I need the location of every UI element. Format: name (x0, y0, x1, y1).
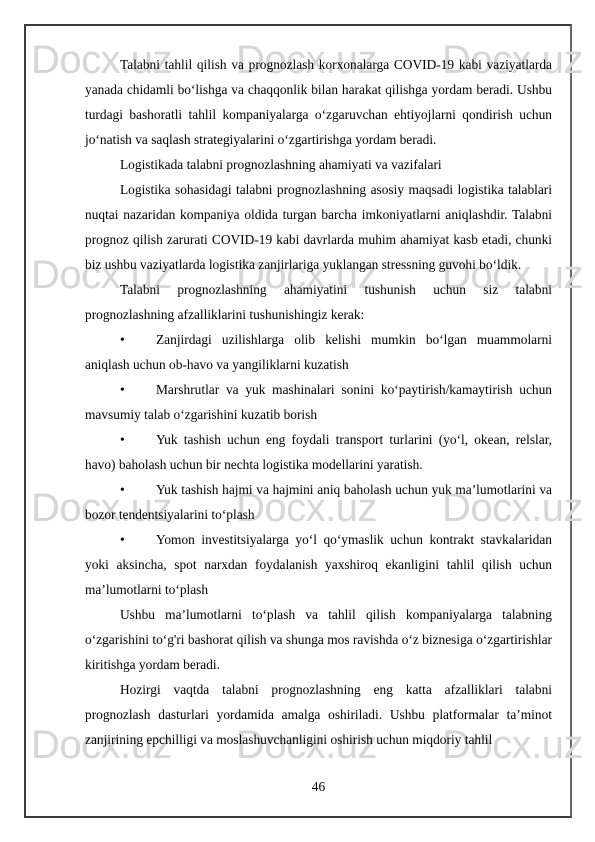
list-item-text: Yuk tashish uchun eng foydali transport … (85, 432, 552, 472)
list-item: •Marshrutlar va yuk mashinalari sonini k… (85, 377, 552, 427)
paragraph-current: Hozirgi vaqtda talabni prognozlashning e… (85, 677, 552, 752)
list-item-text: Yomon investitsiyalarga yo‘l qo‘ymaslik … (85, 532, 552, 597)
bullet-icon: • (120, 327, 156, 352)
bullet-icon: • (120, 527, 156, 552)
bullet-icon: • (120, 427, 156, 452)
list-item: •Yomon investitsiyalarga yo‘l qo‘ymaslik… (85, 527, 552, 602)
bullet-icon: • (120, 377, 156, 402)
paragraph-intro: Talabni tahlil qilish va prognozlash kor… (85, 52, 552, 152)
paragraph-purpose: Logistika sohasidagi talabni prognozlash… (85, 177, 552, 277)
paragraph-summary: Ushbu ma’lumotlarni to‘plash va tahlil q… (85, 602, 552, 677)
list-item-text: Marshrutlar va yuk mashinalari sonini ko… (85, 382, 552, 422)
paragraph-benefits-intro: Talabni prognozlashning ahamiyatini tush… (85, 277, 552, 327)
list-item: •Zanjirdagi uzilishlarga olib kelishi mu… (85, 327, 552, 377)
list-item: •Yuk tashish hajmi va hajmini aniq bahol… (85, 477, 552, 527)
document-body: Talabni tahlil qilish va prognozlash kor… (85, 52, 552, 752)
bullet-icon: • (120, 477, 156, 502)
section-heading: Logistikada talabni prognozlashning aham… (85, 152, 552, 177)
list-item: •Yuk tashish uchun eng foydali transport… (85, 427, 552, 477)
page-number: 46 (0, 778, 595, 796)
list-item-text: Yuk tashish hajmi va hajmini aniq bahola… (85, 482, 552, 522)
list-item-text: Zanjirdagi uzilishlarga olib kelishi mum… (85, 332, 552, 372)
